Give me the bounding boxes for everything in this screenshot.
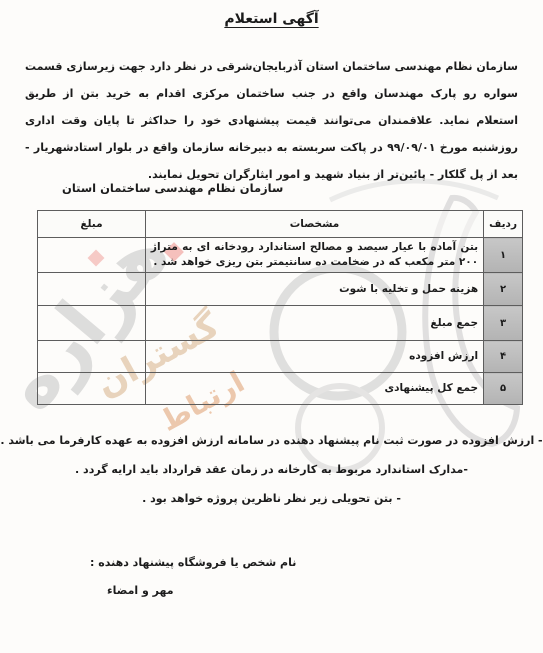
page-title: آگهی استعلام bbox=[0, 11, 543, 27]
column-header-moshakhasat: مشخصات bbox=[145, 211, 483, 238]
announcement-paragraph: سازمان نظام مهندسی ساختمان استان آذربایج… bbox=[25, 53, 518, 188]
table-row: ۲ هزینه حمل و تخلیه با شوت bbox=[38, 273, 523, 306]
spec-cell: بتن آماده با عیار سیصد و مصالح استاندارد… bbox=[145, 238, 483, 273]
table-row: ۳ جمع مبلغ bbox=[38, 306, 523, 341]
notes-block: - ارزش افزوده در صورت ثبت نام پیشنهاد ده… bbox=[0, 426, 543, 513]
table-row: ۵ جمع کل پیشنهادی bbox=[38, 373, 523, 405]
table-caption: سازمان نظام مهندسی ساختمان استان bbox=[62, 181, 283, 195]
specifications-table: ردیف مشخصات مبلغ ۱ بتن آماده با عیار سیص… bbox=[37, 210, 523, 405]
column-header-mablagh: مبلغ bbox=[38, 211, 146, 238]
row-number-cell: ۱ bbox=[484, 238, 523, 273]
amount-cell bbox=[38, 273, 146, 306]
row-number-cell: ۲ bbox=[484, 273, 523, 306]
column-header-radif: ردیف bbox=[484, 211, 523, 238]
row-number-cell: ۵ bbox=[484, 373, 523, 405]
row-number-cell: ۳ bbox=[484, 306, 523, 341]
row-number-cell: ۴ bbox=[484, 341, 523, 373]
document-content: آگهی استعلام سازمان نظام مهندسی ساختمان … bbox=[0, 0, 543, 653]
amount-cell bbox=[38, 341, 146, 373]
note-line: - ارزش افزوده در صورت ثبت نام پیشنهاد ده… bbox=[0, 426, 543, 455]
table-header-row: ردیف مشخصات مبلغ bbox=[38, 211, 523, 238]
amount-cell bbox=[38, 306, 146, 341]
note-line: -مدارک استاندارد مربوط به کارخانه در زما… bbox=[0, 455, 543, 484]
spec-cell: هزینه حمل و تخلیه با شوت bbox=[145, 273, 483, 306]
spec-cell: جمع کل پیشنهادی bbox=[145, 373, 483, 405]
amount-cell bbox=[38, 238, 146, 273]
spec-cell: ارزش افزوده bbox=[145, 341, 483, 373]
table-row: ۴ ارزش افزوده bbox=[38, 341, 523, 373]
document-page: هزاره گستران ارتباط آگهی استعلام سازمان … bbox=[0, 0, 543, 653]
note-line: - بتن تحویلی زیر نظر ناظرین پروژه خواهد … bbox=[0, 484, 543, 513]
signature-stamp-label: مهر و امضاء bbox=[107, 584, 174, 597]
signature-name-label: نام شخص یا فروشگاه پیشنهاد دهنده : bbox=[90, 556, 296, 569]
table-row: ۱ بتن آماده با عیار سیصد و مصالح استاندا… bbox=[38, 238, 523, 273]
spec-cell: جمع مبلغ bbox=[145, 306, 483, 341]
amount-cell bbox=[38, 373, 146, 405]
